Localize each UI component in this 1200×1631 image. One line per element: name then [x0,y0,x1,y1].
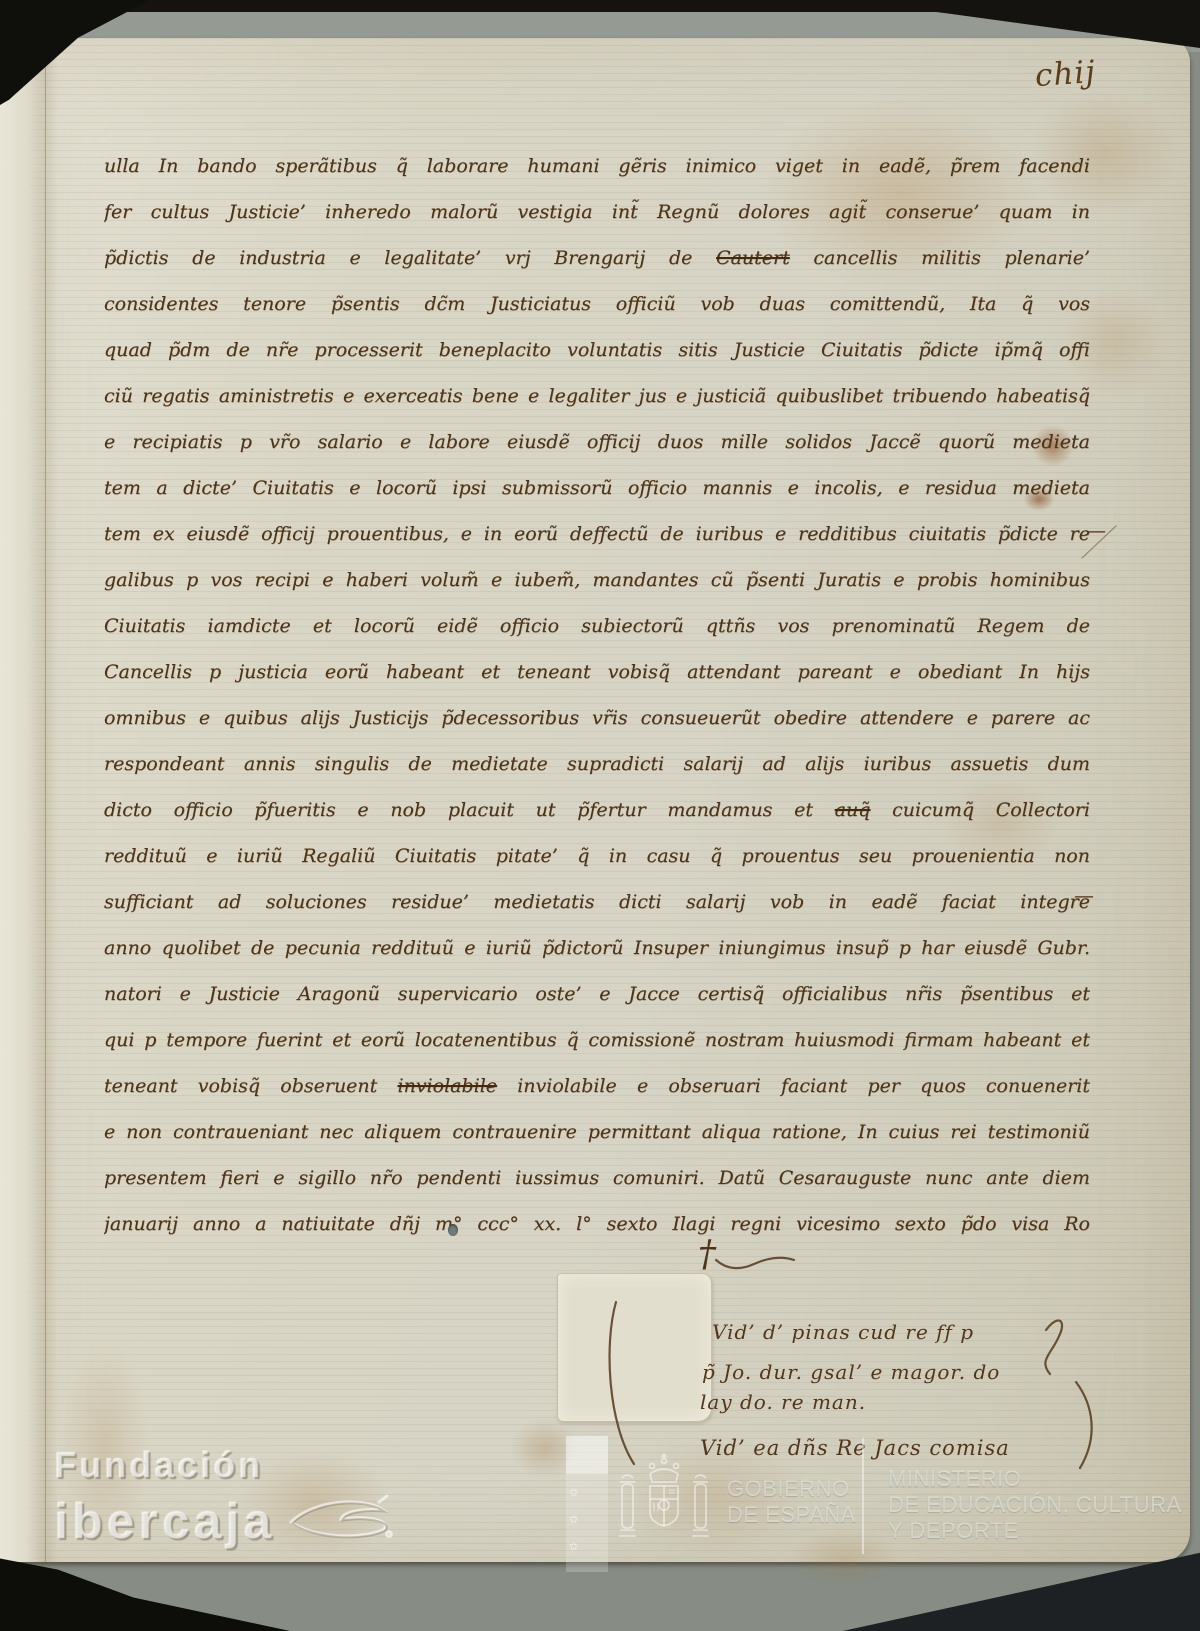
scanned-manuscript-view: chij ulla In bando sperãtibus q̃ laborar… [0,0,1200,1631]
chancery-note: Vid’ ea dñs Re Jacs comisa [700,1436,1010,1460]
manuscript-line: sufficiant ad soluciones residue’ mediet… [104,879,1090,925]
manuscript-line: galibus p vos recipi e haberi volum̃ e i… [104,557,1090,603]
manuscript-line: ciũ regatis aministretis e exerceatis be… [104,373,1090,419]
manuscript-line: Cancellis p justicia eorũ habeant et ten… [104,649,1090,695]
cross-mark: † [698,1234,716,1275]
manuscript-line: ulla In bando sperãtibus q̃ laborare hum… [104,143,1090,189]
manuscript-line: tem a dicte’ Ciuitatis e locorũ ipsi sub… [104,465,1090,511]
manuscript-line: fer cultus Justicie’ inheredo malorũ ves… [104,189,1090,235]
manuscript-line: e recipiatis p vr̃o salario e labore eiu… [104,419,1090,465]
gutter-fold [0,38,70,1562]
chancery-note: Vid’ d’ pinas cud re ff p [712,1320,974,1344]
folio-number: chij [1034,54,1097,94]
manuscript-line: reddituũ e iuriũ Regaliũ Ciuitatis pitat… [104,833,1090,879]
manuscript-line: anno quolibet de pecunia reddituũ e iuri… [104,925,1090,971]
manuscript-line: januarij anno a natiuitate dñj m° ccc° x… [104,1201,1090,1247]
manuscript-line: natori e Justicie Aragonũ supervicario o… [104,971,1090,1017]
chancery-note: p̃ Jo. dur. gsal’ e magor. do [702,1360,1000,1384]
paper-hole [448,1224,458,1236]
manuscript-line: respondeant annis singulis de medietate … [104,741,1090,787]
chancery-note: lay do. re man. [700,1390,866,1414]
manuscript-line: e non contraueniant nec aliquem contraue… [104,1109,1090,1155]
manuscript-line: dicto officio p̃fueritis e nob placuit u… [104,787,1090,833]
manuscript-line: omnibus e quibus alijs Justicijs p̃deces… [104,695,1090,741]
manuscript-line: quad p̃dm de nr̃e processerit beneplacit… [104,327,1090,373]
manuscript-line: qui p tempore fuerint et eorũ locatenent… [104,1017,1090,1063]
margin-dash: — [1074,883,1094,907]
manuscript-line: p̃dictis de industria e legalitate’ vrj … [104,235,1090,281]
manuscript-line: teneant vobisq̃ obseruent inviolabile in… [104,1063,1090,1109]
manuscript-line: presentem fieri e sigillo nr̃o pendenti … [104,1155,1090,1201]
manuscript-page: chij ulla In bando sperãtibus q̃ laborar… [0,38,1190,1562]
fold-crease [45,38,46,1562]
margin-dash: — [1086,518,1106,542]
manuscript-text-block: ulla In bando sperãtibus q̃ laborare hum… [104,143,1090,1247]
repair-patch [557,1273,712,1422]
manuscript-line: Ciuitatis iamdicte et locorũ eidẽ offici… [104,603,1090,649]
manuscript-line: considentes tenore p̃sentis dc̃m Justici… [104,281,1090,327]
manuscript-line: tem ex eiusdẽ officij prouentibus, e in … [104,511,1090,557]
